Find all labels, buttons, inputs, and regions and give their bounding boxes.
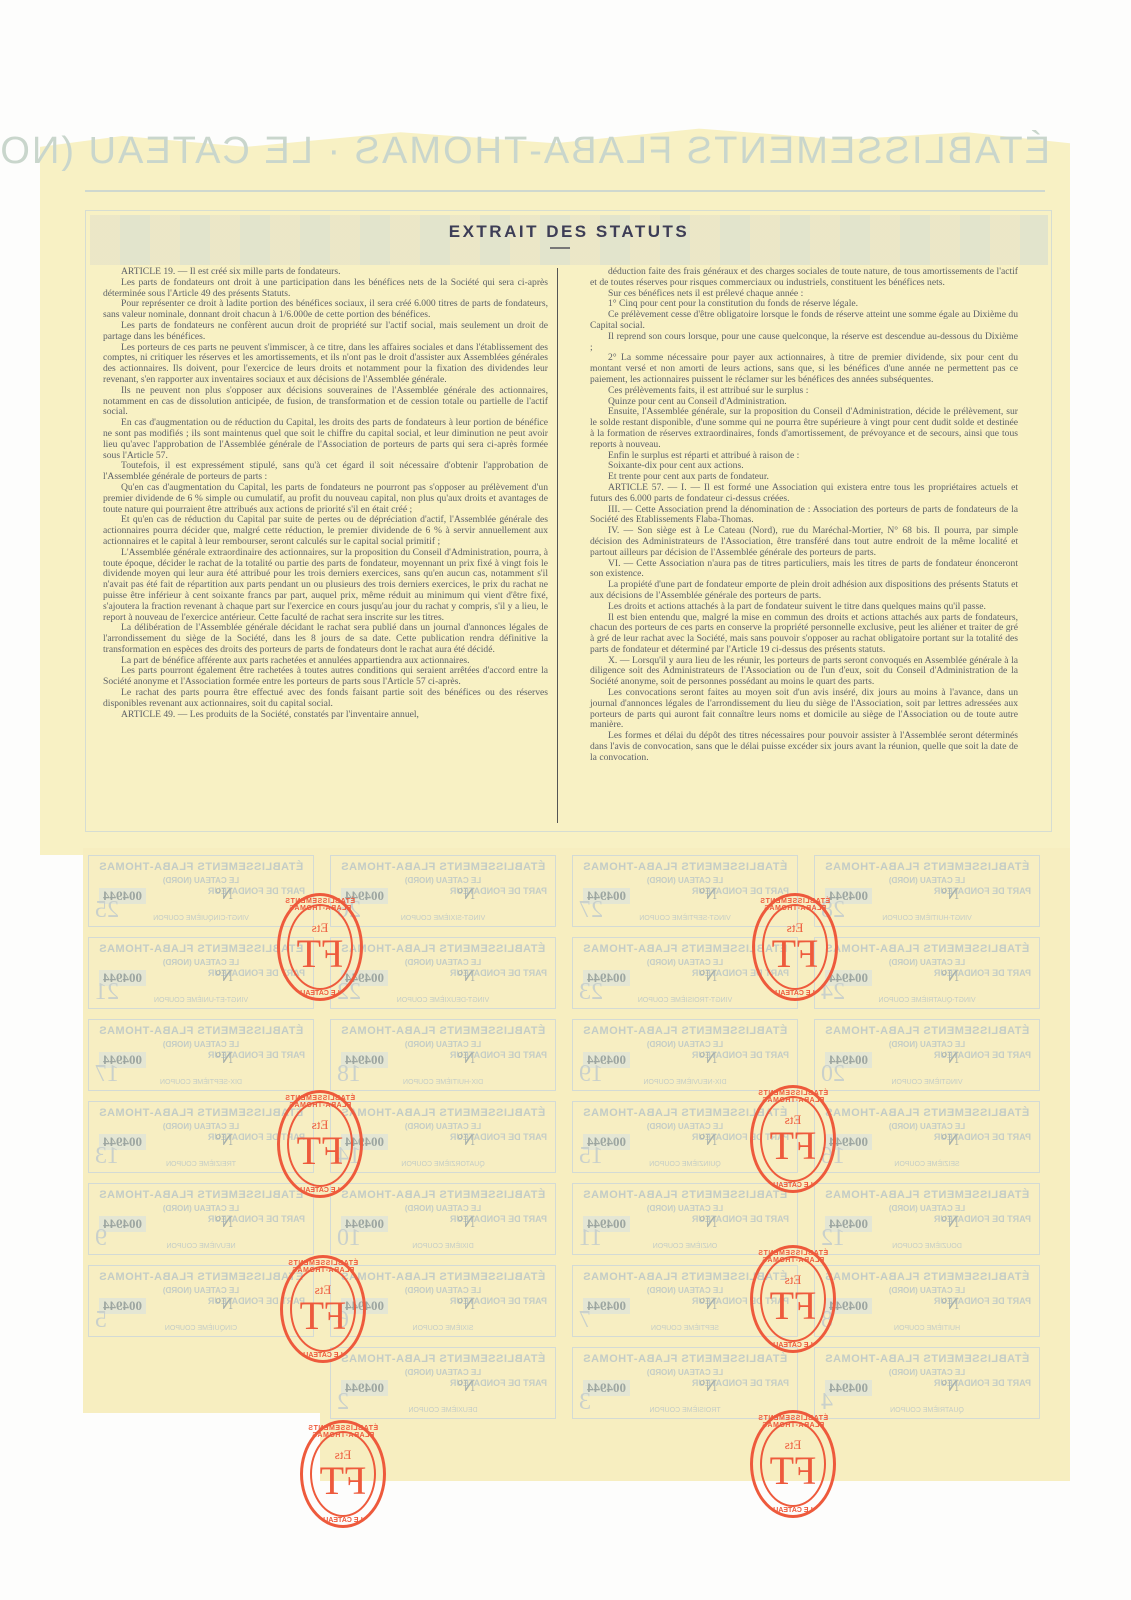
coupon-label: CINQUIÈME COUPON [89, 1325, 313, 1332]
statute-paragraph: La propiété d'une part de fondateur empo… [590, 580, 1018, 602]
coupon-label: SEIZIÈME COUPON [815, 1161, 1039, 1168]
coupon-company: ÉTABLISSEMENTS FLABA-THOMAS [95, 1271, 307, 1283]
company-stamp-icon: ÉTABLISSEMENTS FLABA-THOMASEtsFTLE CATEA… [277, 1090, 363, 1198]
statute-paragraph: En cas d'augmentation ou de réduction du… [103, 418, 548, 461]
coupon-index: 3 [579, 1389, 591, 1416]
coupon-index: 27 [579, 897, 603, 924]
coupon-index: 10 [337, 1225, 361, 1252]
stamp-text-top: ÉTABLISSEMENTS FLABA-THOMAS [753, 1250, 833, 1264]
coupon-index: 4 [821, 1389, 833, 1416]
coupon: ÉTABLISSEMENTS FLABA-THOMASLE CATEAU (NO… [572, 1019, 798, 1091]
coupon-label: TROISIÈME COUPON [573, 1407, 797, 1414]
coupon-company: ÉTABLISSEMENTS FLABA-THOMAS [821, 1189, 1033, 1201]
coupon-no-label: N° [699, 1378, 717, 1396]
statute-paragraph: VI. — Cette Association n'aura pas de ti… [590, 559, 1018, 581]
coupon-label: QUATRIÈME COUPON [815, 1407, 1039, 1414]
coupon-label: DEUXIÈME COUPON [331, 1407, 555, 1414]
coupon-city: LE CATEAU (NORD) [331, 1122, 555, 1131]
stamp-text-bottom: LE CATEAU [753, 1182, 833, 1189]
coupon-company: ÉTABLISSEMENTS FLABA-THOMAS [95, 1025, 307, 1037]
coupon-label: DIXIÈME COUPON [331, 1243, 555, 1250]
stamp-text-bottom: LE CATEAU [755, 990, 835, 997]
coupon-city: LE CATEAU (NORD) [573, 1040, 797, 1049]
coupon-label: VINGT-HUITIÈME COUPON [815, 915, 1039, 922]
stamp-text-bottom: LE CATEAU [753, 1507, 833, 1514]
coupon-no-label: N° [699, 1214, 717, 1232]
coupon-company: ÉTABLISSEMENTS FLABA-THOMAS [337, 1271, 549, 1283]
coupon-index: 19 [579, 1061, 603, 1088]
statute-paragraph: déduction faite des frais généraux et de… [590, 267, 1018, 289]
page-title: EXTRAIT DES STATUTS [90, 222, 1048, 242]
statute-paragraph: Et qu'en cas de réduction du Capital par… [103, 515, 548, 547]
coupon-company: ÉTABLISSEMENTS FLABA-THOMAS [579, 1353, 791, 1365]
coupon-city: LE CATEAU (NORD) [89, 1040, 313, 1049]
coupon: ÉTABLISSEMENTS FLABA-THOMASLE CATEAU (NO… [814, 1019, 1040, 1091]
coupon-no-label: N° [941, 1296, 959, 1314]
coupon-company: ÉTABLISSEMENTS FLABA-THOMAS [337, 1025, 549, 1037]
stamp-text-top: ÉTABLISSEMENTS FLABA-THOMAS [755, 898, 835, 912]
coupon-no-label: N° [457, 1050, 475, 1068]
coupon-label: DIX-NEUVIÈME COUPON [573, 1079, 797, 1086]
coupon-index: 7 [579, 1307, 591, 1334]
stamp-monogram: FT [280, 934, 360, 974]
coupon-no-label: N° [457, 1296, 475, 1314]
coupon-index: 17 [95, 1061, 119, 1088]
coupon: ÉTABLISSEMENTS FLABA-THOMASLE CATEAU (NO… [814, 1265, 1040, 1337]
statute-paragraph: Le rachat des parts pourra être effectué… [103, 688, 548, 710]
company-stamp-icon: ÉTABLISSEMENTS FLABA-THOMASEtsFTLE CATEA… [280, 1255, 366, 1363]
coupon-city: LE CATEAU (NORD) [89, 876, 313, 885]
coupon-index: 20 [821, 1061, 845, 1088]
company-stamp-icon: ÉTABLISSEMENTS FLABA-THOMASEtsFTLE CATEA… [752, 893, 838, 1001]
coupon-city: LE CATEAU (NORD) [815, 1286, 1039, 1295]
statute-paragraph: Qu'en cas d'augmentation du Capital, les… [103, 483, 548, 515]
coupon-company: ÉTABLISSEMENTS FLABA-THOMAS [821, 1271, 1033, 1283]
coupon: ÉTABLISSEMENTS FLABA-THOMASLE CATEAU (NO… [88, 1019, 314, 1091]
coupon: ÉTABLISSEMENTS FLABA-THOMASLE CATEAU (NO… [330, 1183, 556, 1255]
coupon-no-label: N° [699, 1296, 717, 1314]
coupon: ÉTABLISSEMENTS FLABA-THOMASLE CATEAU (NO… [814, 1347, 1040, 1419]
statute-paragraph: Les droits et actions attachés à la part… [590, 602, 1018, 613]
title-divider [550, 247, 570, 249]
coupon-index: 9 [95, 1225, 107, 1252]
coupon-no-label: N° [699, 1132, 717, 1150]
coupon-label: DIX-HUITIÈME COUPON [331, 1079, 555, 1086]
coupon-no-label: N° [457, 886, 475, 904]
coupon-company: ÉTABLISSEMENTS FLABA-THOMAS [337, 1189, 549, 1201]
coupon-company: ÉTABLISSEMENTS FLABA-THOMAS [337, 1353, 549, 1365]
coupon-index: 18 [337, 1061, 361, 1088]
mirrored-header: ÉTABLISSEMENTS FLABA-THOMAS · LE CATEAU … [90, 130, 1050, 173]
stamp-monogram: FT [753, 1126, 833, 1166]
statute-paragraph: Les parts de fondateurs ont droit à une … [103, 278, 548, 300]
coupon-index: 21 [95, 979, 119, 1006]
coupon-company: ÉTABLISSEMENTS FLABA-THOMAS [95, 861, 307, 873]
coupon-city: LE CATEAU (NORD) [815, 958, 1039, 967]
statute-paragraph: 2° La somme nécessaire pour payer aux ac… [590, 353, 1018, 385]
coupon-label: VINGT-TROISIÈME COUPON [573, 997, 797, 1004]
stamp-text-bottom: LE CATEAU [753, 1342, 833, 1349]
coupon-no-label: N° [699, 968, 717, 986]
coupon-city: LE CATEAU (NORD) [89, 1286, 313, 1295]
header-rule [85, 190, 1045, 192]
coupon-index: 25 [95, 897, 119, 924]
coupon-city: LE CATEAU (NORD) [331, 1040, 555, 1049]
coupon: ÉTABLISSEMENTS FLABA-THOMASLE CATEAU (NO… [814, 937, 1040, 1009]
statute-paragraph: Les formes et délai du dépôt des titres … [590, 731, 1018, 763]
coupon: ÉTABLISSEMENTS FLABA-THOMASLE CATEAU (NO… [572, 1183, 798, 1255]
coupon-city: LE CATEAU (NORD) [815, 876, 1039, 885]
coupon: ÉTABLISSEMENTS FLABA-THOMASLE CATEAU (NO… [330, 937, 556, 1009]
stamp-text-bottom: LE CATEAU [283, 1352, 363, 1359]
statute-paragraph: Toutefois, il est expressément stipulé, … [103, 461, 548, 483]
coupon-label: HUITIÈME COUPON [815, 1325, 1039, 1332]
coupon: ÉTABLISSEMENTS FLABA-THOMASLE CATEAU (NO… [330, 1101, 556, 1173]
coupon-company: ÉTABLISSEMENTS FLABA-THOMAS [821, 1353, 1033, 1365]
coupon-city: LE CATEAU (NORD) [815, 1368, 1039, 1377]
company-stamp-icon: ÉTABLISSEMENTS FLABA-THOMASEtsFTLE CATEA… [750, 1410, 836, 1518]
coupon-label: DOUZIÈME COUPON [815, 1243, 1039, 1250]
stamp-text-bottom: LE CATEAU [303, 1517, 383, 1524]
coupon-city: LE CATEAU (NORD) [573, 876, 797, 885]
coupon-no-label: N° [215, 886, 233, 904]
coupon-label: VINGT-SIXIÈME COUPON [331, 915, 555, 922]
coupon-label: QUATORZIÈME COUPON [331, 1161, 555, 1168]
coupon-city: LE CATEAU (NORD) [331, 958, 555, 967]
statute-paragraph: La délibération de l'Assemblée générale … [103, 623, 548, 655]
coupon-city: LE CATEAU (NORD) [573, 1204, 797, 1213]
coupon-city: LE CATEAU (NORD) [331, 1286, 555, 1295]
stamp-text-bottom: LE CATEAU [280, 1187, 360, 1194]
stamp-text-top: ÉTABLISSEMENTS FLABA-THOMAS [753, 1415, 833, 1429]
coupon-label: NEUVIÈME COUPON [89, 1243, 313, 1250]
coupon-index: 12 [821, 1225, 845, 1252]
statute-paragraph: IV. — Son siège est à Le Cateau (Nord), … [590, 526, 1018, 558]
coupon-no-label: N° [941, 886, 959, 904]
coupon: ÉTABLISSEMENTS FLABA-THOMASLE CATEAU (NO… [330, 1019, 556, 1091]
coupon: ÉTABLISSEMENTS FLABA-THOMASLE CATEAU (NO… [814, 1183, 1040, 1255]
coupon: ÉTABLISSEMENTS FLABA-THOMASLE CATEAU (NO… [88, 855, 314, 927]
coupon-company: ÉTABLISSEMENTS FLABA-THOMAS [337, 943, 549, 955]
coupon-no-label: N° [699, 1050, 717, 1068]
coupon: ÉTABLISSEMENTS FLABA-THOMASLE CATEAU (NO… [330, 855, 556, 927]
coupon-company: ÉTABLISSEMENTS FLABA-THOMAS [95, 1189, 307, 1201]
statute-paragraph: Les porteurs de ces parts ne peuvent s'i… [103, 343, 548, 386]
column-divider [557, 268, 558, 823]
company-stamp-icon: ÉTABLISSEMENTS FLABA-THOMASEtsFTLE CATEA… [750, 1085, 836, 1193]
coupon-no-label: N° [215, 968, 233, 986]
coupon-no-label: N° [941, 1214, 959, 1232]
coupon-label: DIX-SEPTIÈME COUPON [89, 1079, 313, 1086]
stamp-text-top: ÉTABLISSEMENTS FLABA-THOMAS [753, 1090, 833, 1104]
coupon-no-label: N° [699, 886, 717, 904]
stamp-text-top: ÉTABLISSEMENTS FLABA-THOMAS [283, 1260, 363, 1274]
coupon-no-label: N° [457, 1132, 475, 1150]
statute-paragraph: Il est bien entendu que, malgré la mise … [590, 613, 1018, 656]
coupon-company: ÉTABLISSEMENTS FLABA-THOMAS [337, 1107, 549, 1119]
statute-paragraph: III. — Cette Association prend la dénomi… [590, 505, 1018, 527]
coupon-company: ÉTABLISSEMENTS FLABA-THOMAS [95, 1107, 307, 1119]
statute-paragraph: Ils ne peuvent non plus s'opposer aux dé… [103, 386, 548, 418]
coupon-company: ÉTABLISSEMENTS FLABA-THOMAS [821, 943, 1033, 955]
company-stamp-icon: ÉTABLISSEMENTS FLABA-THOMASEtsFTLE CATEA… [300, 1420, 386, 1528]
coupon-company: ÉTABLISSEMENTS FLABA-THOMAS [821, 1107, 1033, 1119]
coupon-city: LE CATEAU (NORD) [815, 1040, 1039, 1049]
stamp-text-top: ÉTABLISSEMENTS FLABA-THOMAS [280, 898, 360, 912]
coupon-no-label: N° [457, 1214, 475, 1232]
stamp-monogram: FT [303, 1461, 383, 1501]
stamp-monogram: FT [753, 1451, 833, 1491]
stamp-monogram: FT [753, 1286, 833, 1326]
statute-paragraph: Ensuite, l'Assemblée générale, sur la pr… [590, 407, 1018, 450]
statutes-right-column: déduction faite des frais généraux et de… [590, 267, 1018, 764]
coupon: ÉTABLISSEMENTS FLABA-THOMASLE CATEAU (NO… [814, 855, 1040, 927]
coupon-city: LE CATEAU (NORD) [815, 1204, 1039, 1213]
coupon-company: ÉTABLISSEMENTS FLABA-THOMAS [579, 1189, 791, 1201]
coupon-label: SIXIÈME COUPON [331, 1325, 555, 1332]
coupon-city: LE CATEAU (NORD) [331, 876, 555, 885]
coupon-label: VINGTIÈME COUPON [815, 1079, 1039, 1086]
coupon-no-label: N° [215, 1296, 233, 1314]
coupon-city: LE CATEAU (NORD) [89, 1204, 313, 1213]
coupon-city: LE CATEAU (NORD) [331, 1204, 555, 1213]
coupon-label: ONZIÈME COUPON [573, 1243, 797, 1250]
coupon-company: ÉTABLISSEMENTS FLABA-THOMAS [95, 943, 307, 955]
coupon-city: LE CATEAU (NORD) [573, 1368, 797, 1377]
company-stamp-icon: ÉTABLISSEMENTS FLABA-THOMASEtsFTLE CATEA… [277, 893, 363, 1001]
coupon-no-label: N° [941, 968, 959, 986]
coupon-index: 23 [579, 979, 603, 1006]
coupon-index: 2 [337, 1389, 349, 1416]
coupon-no-label: N° [215, 1214, 233, 1232]
coupon-label: VINGT-DEUXIÈME COUPON [331, 997, 555, 1004]
company-stamp-icon: ÉTABLISSEMENTS FLABA-THOMASEtsFTLE CATEA… [750, 1245, 836, 1353]
statutes-left-column: ARTICLE 19. — Il est créé six mille part… [103, 267, 548, 720]
statute-paragraph: Les parts de fondateurs ne confèrent auc… [103, 321, 548, 343]
coupon-company: ÉTABLISSEMENTS FLABA-THOMAS [579, 1025, 791, 1037]
statute-paragraph: Les convocations seront faites au moyen … [590, 688, 1018, 731]
statute-paragraph: ARTICLE 49. — Les produits de la Société… [103, 710, 548, 721]
statute-paragraph: X. — Lorsqu'il y aura lieu de les réunir… [590, 656, 1018, 688]
statute-paragraph: Les parts pourront également être rachet… [103, 666, 548, 688]
coupon-city: LE CATEAU (NORD) [331, 1368, 555, 1377]
statute-paragraph: Pour représenter ce droit à ladite porti… [103, 299, 548, 321]
statute-paragraph: ARTICLE 57. — I. — Il est formé une Asso… [590, 483, 1018, 505]
statute-paragraph: Il reprend son cours lorsque, pour une c… [590, 332, 1018, 354]
coupon-no-label: N° [215, 1132, 233, 1150]
statute-paragraph: Ces prélèvements faits, il est attribué … [590, 386, 1018, 397]
coupon-index: 13 [95, 1143, 119, 1170]
coupon-index: 5 [95, 1307, 107, 1334]
statute-paragraph: L'Assemblée générale extraordinaire des … [103, 548, 548, 624]
coupon-city: LE CATEAU (NORD) [815, 1122, 1039, 1131]
stamp-monogram: FT [280, 1131, 360, 1171]
stamp-text-top: ÉTABLISSEMENTS FLABA-THOMAS [280, 1095, 360, 1109]
coupon-label: VINGT-QUATRIÈME COUPON [815, 997, 1039, 1004]
stamp-monogram: FT [283, 1296, 363, 1336]
coupon-index: 15 [579, 1143, 603, 1170]
stamp-text-top: ÉTABLISSEMENTS FLABA-THOMAS [303, 1425, 383, 1439]
coupon-sheet-tab [320, 1413, 1070, 1481]
coupon-company: ÉTABLISSEMENTS FLABA-THOMAS [337, 861, 549, 873]
stamp-text-bottom: LE CATEAU [280, 990, 360, 997]
coupon-no-label: N° [941, 1050, 959, 1068]
coupon: ÉTABLISSEMENTS FLABA-THOMASLE CATEAU (NO… [814, 1101, 1040, 1173]
stamp-monogram: FT [755, 934, 835, 974]
coupon-no-label: N° [457, 968, 475, 986]
coupon-index: 11 [579, 1225, 602, 1252]
statute-paragraph: Ce prélèvement cesse d'être obligatoire … [590, 310, 1018, 332]
coupon-company: ÉTABLISSEMENTS FLABA-THOMAS [821, 1025, 1033, 1037]
coupon-label: VINGT-ET-UNIÈME COUPON [89, 997, 313, 1004]
coupon-no-label: N° [941, 1132, 959, 1150]
coupon-company: ÉTABLISSEMENTS FLABA-THOMAS [821, 861, 1033, 873]
coupon-no-label: N° [457, 1378, 475, 1396]
coupon-company: ÉTABLISSEMENTS FLABA-THOMAS [579, 861, 791, 873]
coupon: ÉTABLISSEMENTS FLABA-THOMASLE CATEAU (NO… [330, 1347, 556, 1419]
coupon-no-label: N° [215, 1050, 233, 1068]
coupon: ÉTABLISSEMENTS FLABA-THOMASLE CATEAU (NO… [572, 1347, 798, 1419]
coupon-no-label: N° [941, 1378, 959, 1396]
